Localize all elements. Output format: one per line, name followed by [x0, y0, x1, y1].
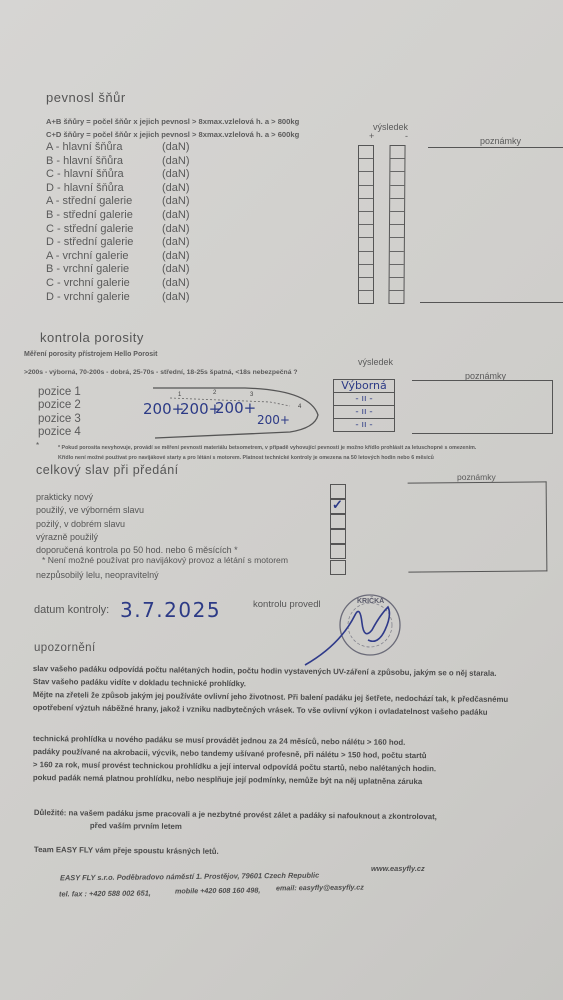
condition-option-label: použilý, ve výborném slavu	[36, 505, 238, 518]
porosity-notes-field[interactable]	[412, 380, 553, 434]
result-cell[interactable]	[390, 159, 404, 172]
line-strength-row: B - vrchní galerie(daN)	[46, 263, 133, 277]
unit-label: (daN)	[162, 291, 190, 305]
line-strength-list: A - hlavní šňůra(daN)B - hlavní šňůra(da…	[46, 141, 133, 304]
formula-ab: A+B šňůry = počel šňůr x jejich pevnosl …	[46, 117, 299, 126]
result-cell[interactable]	[390, 212, 404, 225]
line-label: C - vrchní galerie	[46, 277, 130, 289]
result-cell[interactable]	[390, 146, 404, 159]
strength-minus-column	[388, 145, 405, 304]
unit-label: (daN)	[162, 223, 190, 237]
check-mark-icon: ✓	[332, 497, 343, 513]
result-cell[interactable]	[390, 172, 404, 185]
line-label: A - vrchní galerie	[46, 250, 129, 262]
porosity-position: pozice 4	[38, 426, 81, 439]
result-cell[interactable]	[389, 291, 403, 303]
important-note-cont: před vaším prvním letem	[90, 819, 182, 833]
section-title-condition: celkový slav při předání	[36, 463, 179, 477]
result-cell[interactable]	[359, 159, 373, 172]
line-label: D - hlavní šňůra	[46, 182, 124, 194]
inspector-stamp-signature: KRIČKA	[300, 585, 430, 670]
motor-note: * Není možné používat pro navijákový pro…	[42, 555, 288, 565]
svg-text:4: 4	[298, 404, 302, 410]
porosity-result-cell[interactable]: - ıı -	[334, 406, 394, 419]
company-phone: tel. fax : +420 588 002 651,	[59, 889, 151, 899]
line-strength-row: C - vrchní galerie(daN)	[46, 277, 133, 291]
condition-options: prakticky novýpoužilý, ve výborném slavu…	[36, 492, 238, 583]
porosity-result-cell[interactable]: - ıı -	[334, 393, 394, 406]
result-cell[interactable]	[359, 291, 373, 303]
line-strength-row: A - střední galerie(daN)	[46, 195, 133, 209]
line-label: A - hlavní šňůra	[46, 141, 122, 153]
warning-paragraph-1: slav vašeho padáku odpovídá počtu naléta…	[33, 662, 508, 714]
inspection-date[interactable]: 3.7.2025	[120, 598, 221, 622]
porosity-position: pozice 3	[38, 413, 81, 426]
line-strength-row: C - hlavní šňůra(daN)	[46, 168, 133, 182]
porosity-position: pozice 2	[38, 399, 81, 412]
result-cell[interactable]	[359, 186, 373, 199]
porosity-footnote-2: Křídlo není možné používat pro navijákov…	[58, 455, 434, 461]
condition-option-label: pożilý, v dobrém slavu	[36, 519, 238, 532]
result-cell[interactable]	[390, 265, 404, 278]
unit-label: (daN)	[162, 168, 190, 182]
condition-checkbox[interactable]	[330, 560, 346, 575]
condition-checkbox[interactable]	[330, 544, 346, 559]
result-cell[interactable]	[359, 238, 373, 251]
svg-text:KRIČKA: KRIČKA	[357, 596, 384, 605]
line-strength-row: A - hlavní šňůra(daN)	[46, 141, 133, 155]
date-label: datum kontroly:	[34, 604, 109, 616]
company-website[interactable]: www.easyfly.cz	[371, 864, 425, 873]
condition-option-label: výrazně použilý	[36, 532, 238, 545]
unit-label: (daN)	[162, 277, 190, 291]
result-cell[interactable]	[359, 212, 373, 225]
line-strength-row: A - vrchní galerie(daN)	[46, 250, 133, 264]
formula-cd: C+D šňůry = počel šňůr x jejich pevnosl …	[46, 130, 299, 139]
svg-text:3: 3	[250, 392, 254, 398]
condition-checkbox-checked[interactable]: ✓	[330, 499, 346, 514]
line-strength-row: D - hlavní šňůra(daN)	[46, 182, 133, 196]
measured-value-4: 200+	[257, 413, 290, 427]
porosity-result-cell[interactable]: Výborná	[334, 380, 394, 393]
result-cell[interactable]	[390, 238, 404, 251]
porosity-results-table: Výborná- ıı -- ıı -- ıı -	[333, 379, 395, 432]
unit-label: (daN)	[162, 195, 190, 209]
condition-option-label: nezpůsobilý lelu, neopravitelný	[36, 570, 238, 583]
warning-paragraph-2: technická prohlídka u nového padáku se m…	[33, 732, 436, 784]
result-cell[interactable]	[390, 199, 404, 212]
unit-label: (daN)	[162, 263, 190, 277]
line-label: D - střední galerie	[46, 236, 133, 248]
unit-label: (daN)	[162, 141, 190, 155]
result-cell[interactable]	[390, 186, 404, 199]
asterisk-mark: *	[36, 441, 39, 450]
unit-label: (daN)	[162, 236, 190, 250]
unit-label: (daN)	[162, 155, 190, 169]
result-cell[interactable]	[359, 278, 373, 291]
strength-notes-field[interactable]	[428, 147, 563, 302]
line-label: B - hlavní šňůra	[46, 155, 123, 167]
unit-label: (daN)	[162, 182, 190, 196]
condition-checkbox[interactable]	[330, 529, 346, 544]
condition-notes-field[interactable]	[408, 481, 548, 572]
result-cell[interactable]	[359, 146, 373, 159]
strength-result-header: výsledek	[373, 121, 408, 135]
line-label: C - střední galerie	[46, 223, 133, 235]
section-title-line-strength: pevnosl šňůr	[46, 90, 126, 105]
line-label: D - vrchní galerie	[46, 291, 130, 303]
line-strength-row: B - střední galerie(daN)	[46, 209, 133, 223]
result-cell[interactable]	[390, 278, 404, 291]
result-cell[interactable]	[359, 225, 373, 238]
porosity-position: pozice 1	[38, 386, 81, 399]
line-strength-row: D - vrchní galerie(daN)	[46, 291, 133, 305]
line-label: A - střední galerie	[46, 195, 132, 207]
line-strength-row: C - střední galerie(daN)	[46, 223, 133, 237]
result-cell[interactable]	[359, 172, 373, 185]
plus-header: +	[369, 130, 374, 144]
company-address: EASY FLY s.r.o. Poděbradovo náměstí 1. P…	[60, 871, 319, 883]
result-cell[interactable]	[359, 265, 373, 278]
porosity-method: Měření porosity přístrojem Hello Porosit	[24, 351, 157, 358]
minus-header: -	[405, 130, 408, 144]
porosity-footnote-1: * Pokud porosita nevyhovuje, provádí se …	[58, 445, 476, 451]
measured-value-1: 200+	[143, 400, 184, 418]
svg-text:2: 2	[213, 390, 217, 396]
line-label: C - hlavní šňůra	[46, 168, 124, 180]
section-title-porosity: kontrola porosity	[40, 330, 144, 345]
section-title-warning: upozornění	[34, 642, 96, 654]
strength-plus-column	[358, 145, 374, 304]
porosity-scale: >200s - výborná, 70-200s - dobrá, 25-70s…	[24, 369, 298, 376]
company-mobile: mobile +420 608 160 498,	[175, 886, 260, 896]
result-cell[interactable]	[359, 252, 373, 265]
porosity-result-header: výsledek	[358, 356, 393, 370]
result-cell[interactable]	[359, 199, 373, 212]
unit-label: (daN)	[162, 209, 190, 223]
line-label: B - vrchní galerie	[46, 263, 129, 275]
result-cell[interactable]	[390, 251, 404, 264]
company-email[interactable]: email: easyfly@easyfly.cz	[276, 883, 364, 893]
porosity-result-cell[interactable]: - ıı -	[334, 419, 394, 431]
condition-option-label: prakticky nový	[36, 492, 238, 505]
result-cell[interactable]	[390, 225, 404, 238]
porosity-position-list: pozice 1pozice 2pozice 3pozice 4	[38, 386, 81, 439]
measured-value-3: 200+	[215, 399, 256, 417]
strength-notes-bottom-line	[420, 302, 563, 303]
line-label: B - střední galerie	[46, 209, 133, 221]
condition-checkbox[interactable]	[330, 514, 346, 529]
line-strength-row: B - hlavní šňůra(daN)	[46, 155, 133, 169]
line-strength-row: D - střední galerie(daN)	[46, 236, 133, 250]
svg-text:1: 1	[178, 392, 182, 398]
unit-label: (daN)	[162, 250, 190, 264]
team-greeting: Team EASY FLY vám přeje spoustu krásných…	[34, 843, 219, 858]
